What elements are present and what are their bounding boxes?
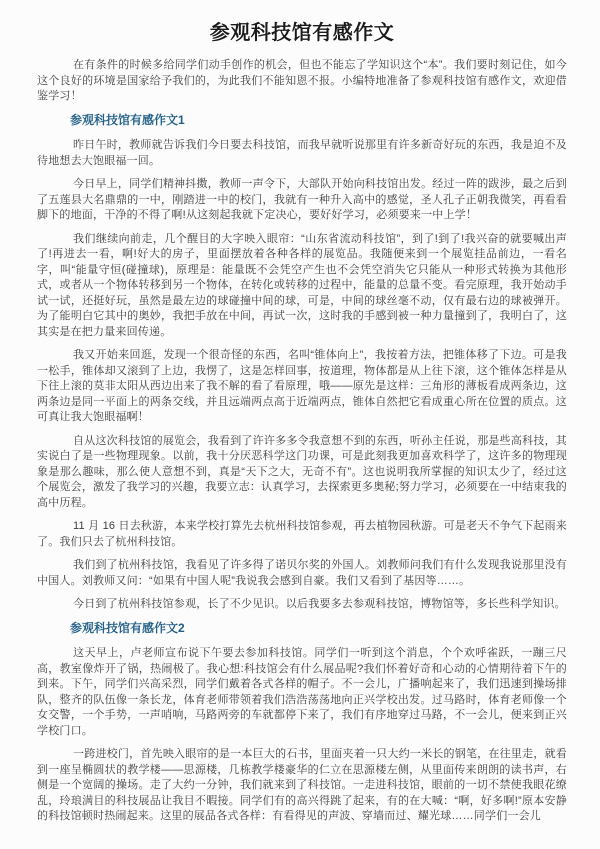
essay1-paragraph-5: 自从这次科技馆的展览会，我看到了许许多多令我意想不到的东西，听孙主任说，那是些高…	[37, 434, 567, 512]
essay2-paragraph-1: 这天早上，卢老师宣布说下午要去参加科技馆。同学们一听到这个消息，个个欢呼雀跃，一…	[37, 646, 567, 739]
essay1-paragraph-2: 今日早上，同学们精神抖擞，教师一声令下，大部队开始向科技馆出发。经过一阵的跋涉，…	[37, 177, 567, 224]
essay1-paragraph-7: 我们到了杭州科技馆，我看见了许多得了诺贝尔奖的外国人。刘教师问我们有什么发现我说…	[37, 558, 567, 589]
essay1-paragraph-4: 我又开始来回逛，发现一个很奇怪的东西，名叫“锥体向上”，我按着方法，把锥体移了下…	[37, 348, 567, 426]
essay1-paragraph-8: 今日到了杭州科技馆参观，长了不少见识。以后我要多去参观科技馆，博物馆等，多长些科…	[37, 597, 567, 613]
essay2-paragraph-2: 一跨进校门，首先映入眼帘的是一本巨大的石书，里面夹着一只大约一米长的钢笔，在往里…	[37, 747, 567, 825]
essay-document-page: 参观科技馆有感作文 在有条件的时候多给同学们动手创作的机会，但也不能忘了学知识这…	[0, 0, 600, 849]
essay1-paragraph-1: 昨日午时，教师就告诉我们今日要去科技馆，而我早就听说那里有许多新奇好玩的东西，我…	[37, 138, 567, 169]
intro-paragraph: 在有条件的时候多给同学们动手创作的机会，但也不能忘了学知识这个“本”。我们要时刻…	[37, 58, 567, 105]
section-heading-essay-2: 参观科技馆有感作文2	[37, 621, 567, 637]
essay1-paragraph-3: 我们继续向前走，几个醒目的大字映入眼帘：“山东省流动科技馆”，到了!到了!我兴奋…	[37, 232, 567, 341]
essay1-paragraph-6: 11 月 16 日去秋游，本来学校打算先去杭州科技馆参观，再去植物园秋游。可是老…	[37, 519, 567, 550]
section-heading-essay-1: 参观科技馆有感作文1	[37, 113, 567, 129]
essay-title: 参观科技馆有感作文	[37, 20, 567, 46]
